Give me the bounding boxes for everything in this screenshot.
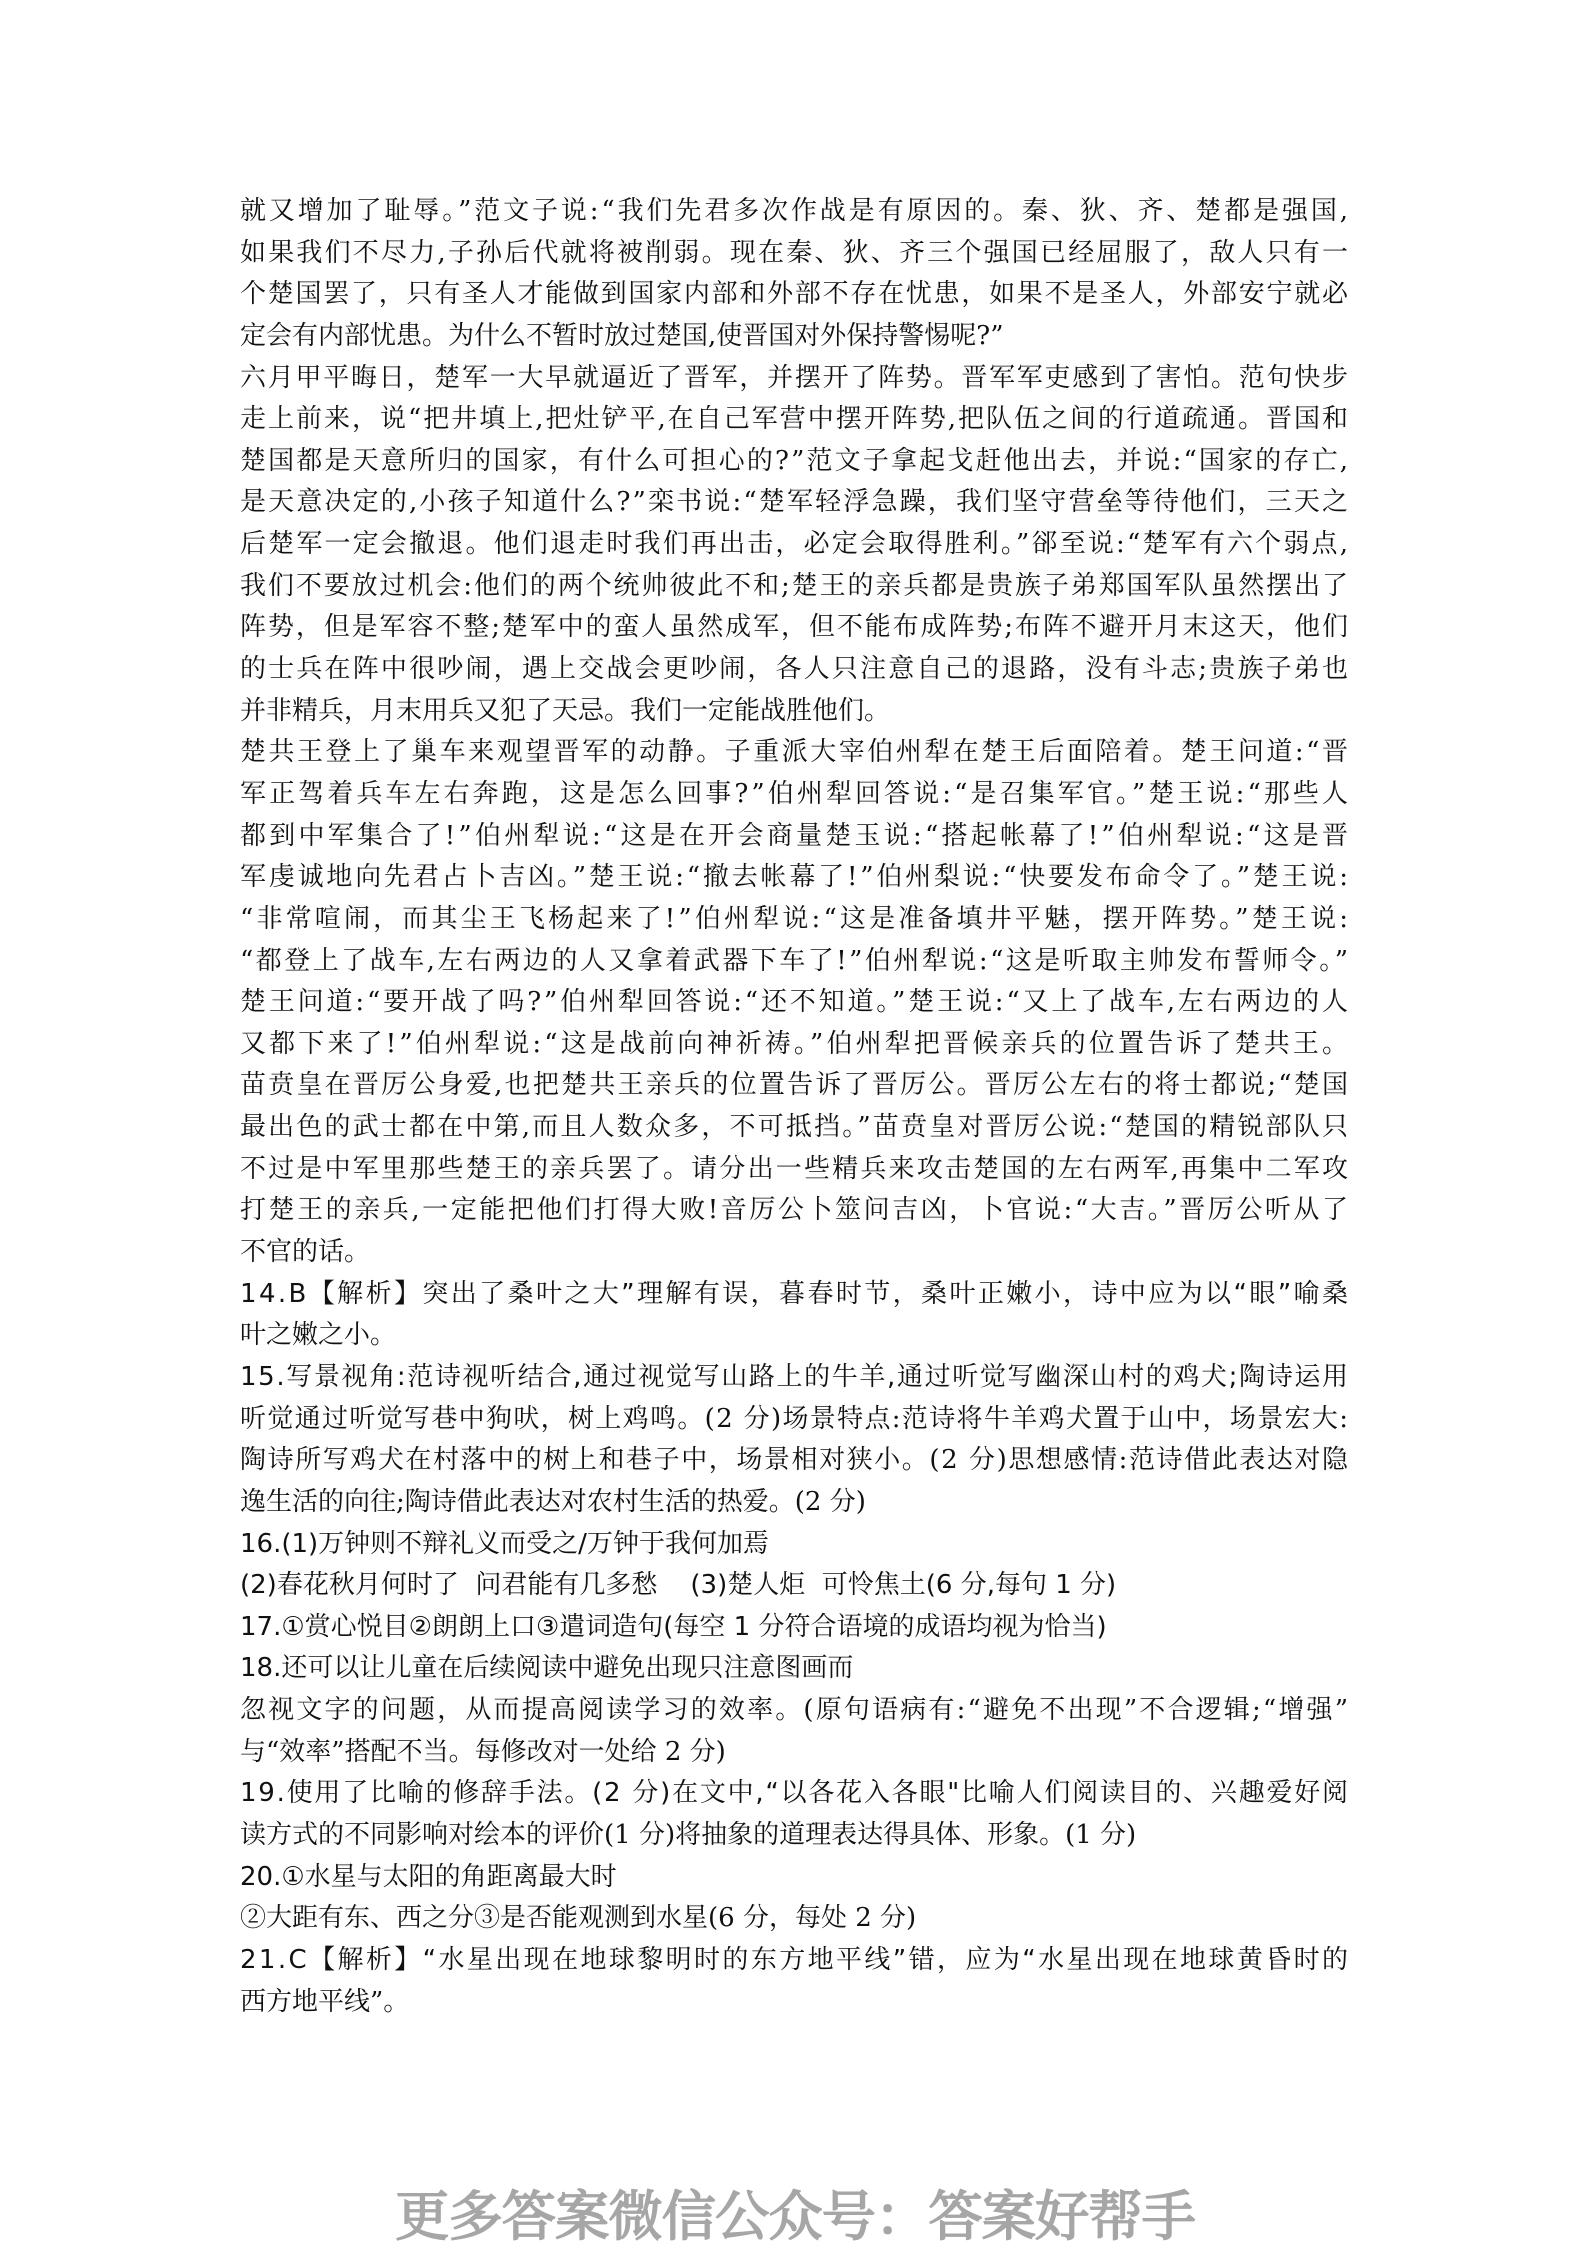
text-line: 是天意决定的,小孩子知道什么?”栾书说:“楚军轻浮急躁，我们坚守营垒等待他们，三…	[240, 482, 1348, 524]
text-line: 又都下来了!”伯州犁说:“这是战前向神祈祷。”伯州犁把晋候亲兵的位置告诉了楚共王…	[240, 1024, 1348, 1066]
text-line: 楚王问道:“要开战了吗?”伯州犁回答说:“还不知道。”楚王说:“又上了战车,左右…	[240, 982, 1348, 1024]
text-line: 军虔诚地向先君占卜吉凶。”楚王说:“撤去帐幕了!”伯州梨说:“快要发布命令了。”…	[240, 857, 1348, 899]
text-line: ②大距有东、西之分③是否能观测到水星(6 分，每处 2 分)	[240, 1898, 1348, 1940]
text-line: 忽视文字的问题，从而提高阅读学习的效率。(原句语病有:“避免不出现”不合逻辑;“…	[240, 1690, 1348, 1732]
text-line: 六月甲平晦日，楚军一大早就逼近了晋军，并摆开了阵势。晋军军吏感到了害怕。范句快步	[240, 358, 1348, 400]
answer-15: 15.写景视角:范诗视听结合,通过视觉写山路上的牛羊,通过听觉写幽深山村的鸡犬;…	[240, 1357, 1348, 1399]
answer-17: 17.①赏心悦目②朗朗上口③遣词造句(每空 1 分符合语境的成语均视为恰当)	[240, 1607, 1348, 1649]
text-line: 军正驾着兵车左右奔跑，这是怎么回事?”伯州犁回答说:“是召集军官。”楚王说:“那…	[240, 774, 1348, 816]
answer-16: 16.(1)万钟则不辩礼义而受之/万钟于我何加焉	[240, 1524, 1348, 1566]
watermark-banner: 更多答案微信公众号：答案好帮手	[395, 2188, 1195, 2245]
text-line: 叶之嫩之小。	[240, 1315, 1348, 1357]
text-line: 定会有内部忧患。为什么不暂时放过楚国,使晋国对外保持警惕呢?”	[240, 316, 1348, 358]
text-line: 楚国都是天意所归的国家，有什么可担心的?”范文子拿起戈赶他出去，并说:“国家的存…	[240, 441, 1348, 483]
text-line: 陶诗所写鸡犬在村落中的树上和巷子中，场景相对狭小。(2 分)思想感情:范诗借此表…	[240, 1440, 1348, 1482]
answer-14: 14.B【解析】突出了桑叶之大”理解有误，暮春时节，桑叶正嫩小，诗中应为以“眼”…	[240, 1274, 1348, 1316]
text-line: “都登上了战车,左右两边的人又拿着武器下车了!”伯州犁说:“这是听取主帅发布誓师…	[240, 941, 1348, 983]
text-line: 苗贲皇在晋厉公身爱,也把楚共王亲兵的位置告诉了晋厉公。晋厉公左右的将士都说;“楚…	[240, 1065, 1348, 1107]
text-line: 个楚国罢了，只有圣人才能做到国家内部和外部不存在忧患，如果不是圣人，外部安宁就必	[240, 274, 1348, 316]
answer-document: 就又增加了耻辱。”范文子说:“我们先君多次作战是有原因的。秦、狄、齐、楚都是强国…	[240, 191, 1348, 2023]
answer-21: 21.C【解析】“水星出现在地球黎明时的东方地平线”错，应为“水星出现在地球黄昏…	[240, 1940, 1348, 1982]
text-line: 不官的话。	[240, 1232, 1348, 1274]
text-line: 与“效率”搭配不当。每修改对一处给 2 分)	[240, 1732, 1348, 1774]
answer-19: 19.使用了比喻的修辞手法。(2 分)在文中,“以各花入各眼"比喻人们阅读目的、…	[240, 1773, 1348, 1815]
text-line: 逸生活的向往;陶诗借此表达对农村生活的热爱。(2 分)	[240, 1482, 1348, 1524]
text-line: (2)春花秋月何时了 问君能有几多愁 (3)楚人炬 可怜焦土(6 分,每句 1 …	[240, 1565, 1348, 1607]
text-line: 不过是中军里那些楚王的亲兵罢了。请分出一些精兵来攻击楚国的左右两军,再集中二军攻	[240, 1149, 1348, 1191]
text-line: 走上前来，说“把井填上,把灶铲平,在自己军营中摆开阵势,把队伍之间的行道疏通。晋…	[240, 399, 1348, 441]
text-line: 就又增加了耻辱。”范文子说:“我们先君多次作战是有原因的。秦、狄、齐、楚都是强国…	[240, 191, 1348, 233]
text-line: 打楚王的亲兵,一定能把他们打得大败!音厉公卜筮问吉凶，卜官说:“大吉。”晋厉公听…	[240, 1190, 1348, 1232]
text-line: 并非精兵，月末用兵又犯了天忌。我们一定能战胜他们。	[240, 691, 1348, 733]
text-line: “非常喧闹，而其尘王飞杨起来了!”伯州犁说:“这是准备填井平魅，摆开阵势。”楚王…	[240, 899, 1348, 941]
answer-18: 18.还可以让儿童在后续阅读中避免出现只注意图画而	[240, 1648, 1348, 1690]
text-line: 阵势，但是军容不整;楚军中的蛮人虽然成军，但不能布成阵势;布阵不避开月末这天，他…	[240, 607, 1348, 649]
text-line: 的士兵在阵中很吵闹，遇上交战会更吵闹，各人只注意自己的退路，没有斗志;贵族子弟也	[240, 649, 1348, 691]
text-line: 最出色的武士都在中第,而且人数众多，不可抵挡。”苗贲皇对晋厉公说:“楚国的精锐部…	[240, 1107, 1348, 1149]
text-line: 如果我们不尽力,子孙后代就将被削弱。现在秦、狄、齐三个强国已经屈服了，敌人只有一	[240, 233, 1348, 275]
text-line: 读方式的不同影响对绘本的评价(1 分)将抽象的道理表达得具体、形象。(1 分)	[240, 1815, 1348, 1857]
text-line: 我们不要放过机会:他们的两个统帅彼此不和;楚王的亲兵都是贵族子弟郑国军队虽然摆出…	[240, 566, 1348, 608]
text-line: 后楚军一定会撤退。他们退走时我们再出击，必定会取得胜利。”郤至说:“楚军有六个弱…	[240, 524, 1348, 566]
text-line: 都到中军集合了!”伯州犁说:“这是在开会商量楚玉说:“搭起帐幕了!”伯州犁说:“…	[240, 816, 1348, 858]
text-line: 楚共王登上了巢车来观望晋军的动静。子重派大宰伯州犁在楚王后面陪着。楚王问道:“晋	[240, 732, 1348, 774]
text-line: 西方地平线”。	[240, 1982, 1348, 2024]
text-line: 听觉通过听觉写巷中狗吠，树上鸡鸣。(2 分)场景特点:范诗将牛羊鸡犬置于山中，场…	[240, 1399, 1348, 1441]
answer-20: 20.①水星与太阳的角距离最大时	[240, 1857, 1348, 1899]
